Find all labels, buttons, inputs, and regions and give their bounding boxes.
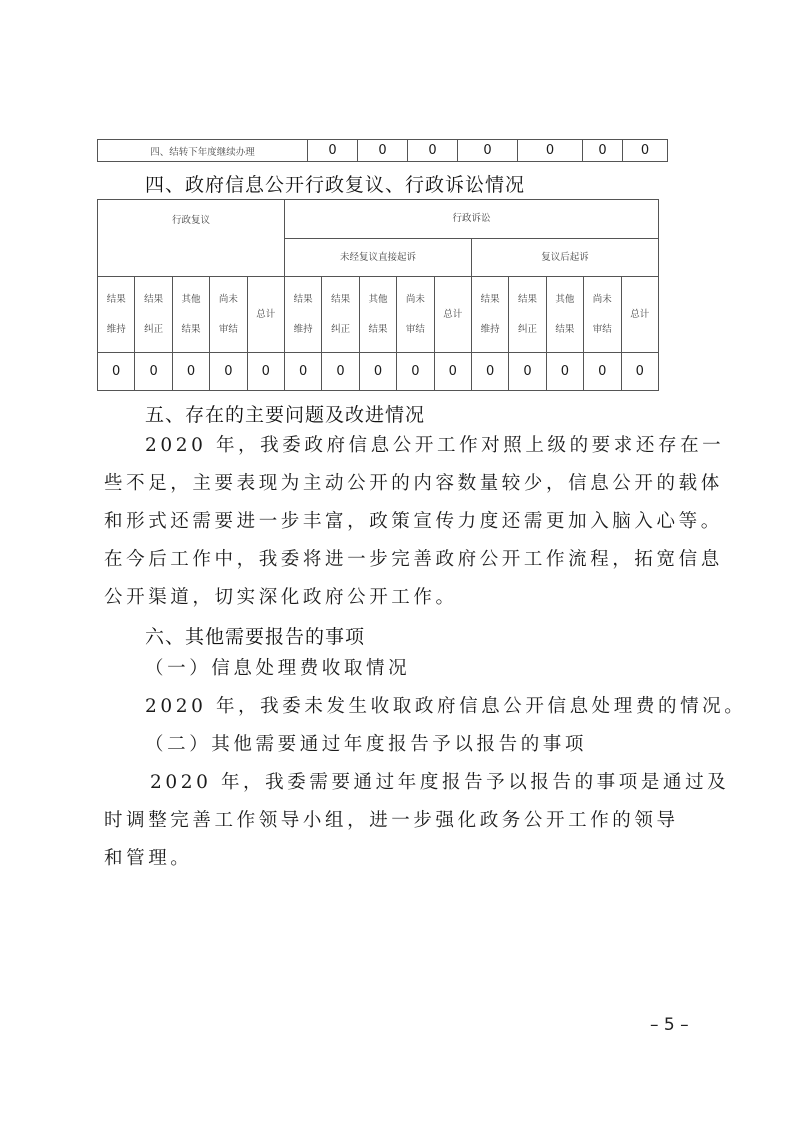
paragraph-line: 时调整完善工作领导小组，进一步强化政务公开工作的领导 (104, 802, 679, 840)
cell-value: 0 (518, 140, 583, 162)
section6-heading: 六、其他需要报告的事项 (145, 622, 365, 649)
review-litigation-table: 行政复议 行政诉讼 未经复议直接起诉 复议后起诉 结果维持 结果纠正 其他结果 … (97, 199, 659, 391)
cell-value: 0 (584, 353, 621, 391)
paragraph-line: 公开渠道，切实深化政府公开工作。 (104, 579, 458, 617)
cell-value: 0 (308, 140, 358, 162)
paragraph-line: 和形式还需要进一步丰富，政策宣传力度还需更加入脑入心等。 (104, 503, 723, 541)
col-header: 尚未审结 (397, 277, 434, 353)
col-header: 结果维持 (284, 277, 321, 353)
col-header: 尚未审结 (584, 277, 621, 353)
col-header: 其他结果 (546, 277, 583, 353)
col-header: 总计 (621, 277, 659, 353)
paragraph-line: 2020 年，我委未发生收取政府信息公开信息处理费的情况。 (145, 688, 746, 726)
cell-value: 0 (397, 353, 434, 391)
col-header: 结果纠正 (322, 277, 359, 353)
paragraph-line: 2020 年，我委需要通过年度报告予以报告的事项是通过及 (150, 764, 729, 802)
cell-value: 0 (408, 140, 458, 162)
col-header: 结果纠正 (135, 277, 172, 353)
table-row: 四、结转下年度继续办理 0 0 0 0 0 0 0 (98, 140, 668, 162)
page-number: – 5 – (650, 1015, 689, 1035)
table-row: 0 0 0 0 0 0 0 0 0 0 0 0 0 0 0 (98, 353, 659, 391)
paragraph-line: 些不足，主要表现为主动公开的内容数量较少，信息公开的载体 (104, 465, 723, 503)
paragraph-line: 在今后工作中，我委将进一步完善政府公开工作流程，拓宽信息 (104, 541, 723, 579)
cell-value: 0 (546, 353, 583, 391)
table-row: 结果维持 结果纠正 其他结果 尚未审结 总计 结果维持 结果纠正 其他结果 尚未… (98, 277, 659, 353)
cell-value: 0 (284, 353, 321, 391)
cell-value: 0 (583, 140, 623, 162)
paragraph-line: 2020 年，我委政府信息公开工作对照上级的要求还存在一 (145, 427, 724, 465)
subsection-title: （一）信息处理费收取情况 (145, 650, 410, 688)
group-litigation-header: 行政诉讼 (284, 200, 658, 239)
cell-value: 0 (509, 353, 546, 391)
cell-value: 0 (458, 140, 518, 162)
col-header: 尚未审结 (210, 277, 247, 353)
sub-after-review-header: 复议后起诉 (471, 239, 658, 277)
cell-value: 0 (247, 353, 284, 391)
cell-value: 0 (621, 353, 659, 391)
cell-value: 0 (322, 353, 359, 391)
paragraph-line: 和管理。 (104, 840, 192, 878)
subsection-title: （二）其他需要通过年度报告予以报告的事项 (145, 726, 587, 764)
cell-value: 0 (623, 140, 668, 162)
group-review-header: 行政复议 (98, 200, 285, 277)
cell-value: 0 (359, 353, 396, 391)
col-header: 总计 (247, 277, 284, 353)
cell-value: 0 (98, 353, 135, 391)
cell-value: 0 (135, 353, 172, 391)
section4-heading: 四、政府信息公开行政复议、行政诉讼情况 (145, 170, 525, 197)
col-header: 总计 (434, 277, 471, 353)
cell-value: 0 (434, 353, 471, 391)
col-header: 结果纠正 (509, 277, 546, 353)
cell-value: 0 (210, 353, 247, 391)
col-header: 其他结果 (172, 277, 209, 353)
col-header: 结果维持 (471, 277, 508, 353)
table-row: 行政复议 行政诉讼 (98, 200, 659, 239)
section5-heading: 五、存在的主要问题及改进情况 (145, 400, 425, 427)
col-header: 其他结果 (359, 277, 396, 353)
cell-value: 0 (471, 353, 508, 391)
cell-value: 0 (172, 353, 209, 391)
carryover-table: 四、结转下年度继续办理 0 0 0 0 0 0 0 (97, 139, 668, 162)
cell-value: 0 (358, 140, 408, 162)
carryover-label: 四、结转下年度继续办理 (98, 140, 308, 162)
col-header: 结果维持 (98, 277, 135, 353)
sub-direct-header: 未经复议直接起诉 (284, 239, 471, 277)
